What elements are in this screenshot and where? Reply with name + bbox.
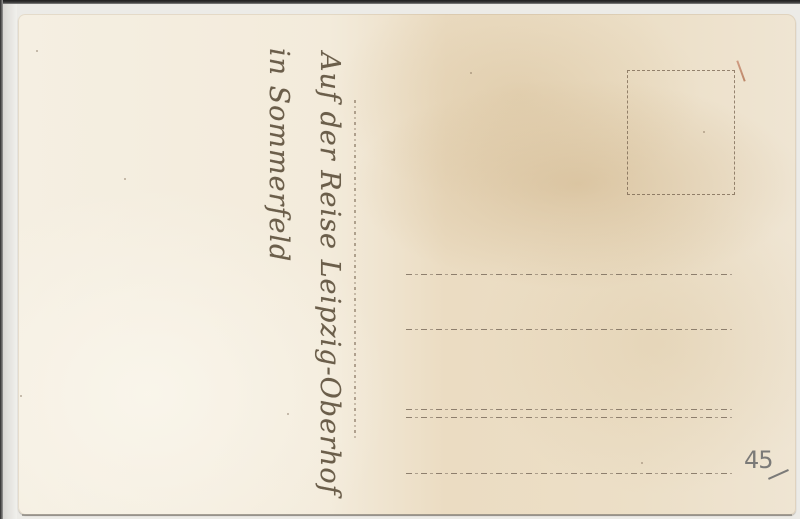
address-line (406, 409, 732, 410)
scanner-margin (3, 4, 17, 519)
address-line (406, 473, 732, 474)
handwritten-line-2: in Sommerfeld (263, 48, 294, 262)
paper-speck (124, 178, 126, 180)
address-line (406, 417, 732, 418)
stamp-box (627, 70, 735, 195)
pencil-price-mark: 45 (744, 446, 773, 474)
handwritten-line-1: Auf der Reise Leipzig-Oberhof (314, 52, 345, 496)
paper-speck (470, 72, 472, 74)
address-line (406, 274, 732, 275)
address-line (406, 329, 732, 330)
paper-speck (703, 131, 705, 133)
scan-background: Auf der Reise Leipzig-Oberhof in Sommerf… (0, 0, 800, 519)
paper-speck (20, 395, 22, 397)
scanner-border-top (0, 0, 800, 4)
paper-speck (641, 462, 643, 464)
paper-speck (287, 413, 289, 415)
message-address-divider (354, 100, 356, 440)
postcard-bottom-edge (22, 514, 792, 516)
paper-speck (36, 50, 38, 52)
